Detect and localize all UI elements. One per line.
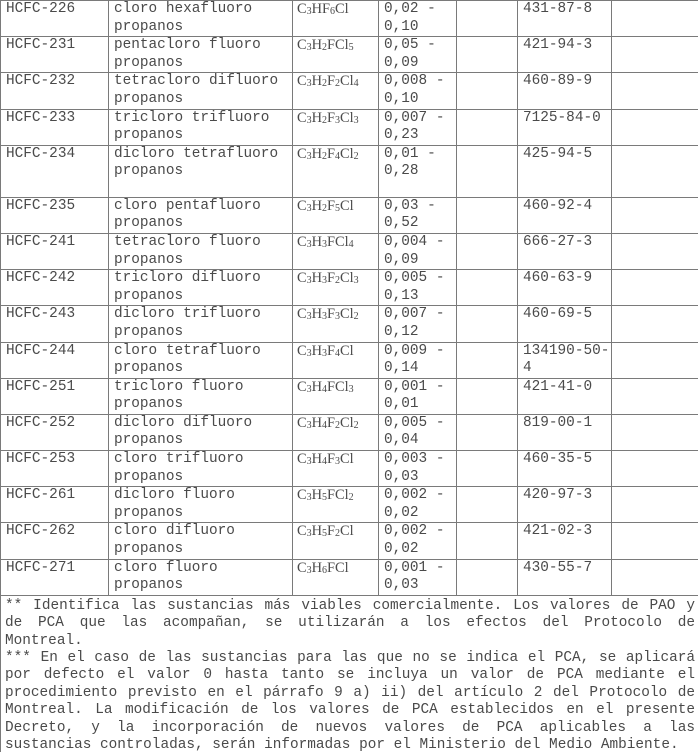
substance-name: cloro tetrafluoro propanos xyxy=(109,342,293,378)
pca-value xyxy=(457,145,518,197)
substance-name: tetracloro difluoro propanos xyxy=(109,73,293,109)
cas-number: 430-55-7 xyxy=(518,559,612,595)
chemical-formula: C3H6FCl xyxy=(293,559,379,595)
chemical-formula: C3H2F4Cl2 xyxy=(293,145,379,197)
cas-number: 666-27-3 xyxy=(518,233,612,269)
substance-name: pentacloro fluoro propanos xyxy=(109,37,293,73)
substance-code: HCFC-241 xyxy=(1,233,109,269)
extra-cell xyxy=(612,73,698,109)
substance-name: cloro trifluoro propanos xyxy=(109,451,293,487)
pao-range: 0,03 - 0,52 xyxy=(379,197,457,233)
table-row: HCFC-262cloro difluoro propanosC3H5F2Cl0… xyxy=(1,523,698,559)
pca-value xyxy=(457,306,518,342)
table-row: HCFC-251tricloro fluoro propanosC3H4FCl3… xyxy=(1,378,698,414)
cas-number: 460-92-4 xyxy=(518,197,612,233)
substance-name: cloro fluoro propanos xyxy=(109,559,293,595)
pca-value xyxy=(457,451,518,487)
pao-range: 0,02 - 0,10 xyxy=(379,1,457,37)
cas-number: 460-69-5 xyxy=(518,306,612,342)
table-row: HCFC-241tetracloro fluoro propanosC3H3FC… xyxy=(1,233,698,269)
extra-cell xyxy=(612,487,698,523)
extra-cell xyxy=(612,451,698,487)
cas-number: 460-35-5 xyxy=(518,451,612,487)
cas-number: 460-89-9 xyxy=(518,73,612,109)
table-row: HCFC-232tetracloro difluoro propanosC3H2… xyxy=(1,73,698,109)
substance-code: HCFC-261 xyxy=(1,487,109,523)
substance-code: HCFC-244 xyxy=(1,342,109,378)
table-row: HCFC-253cloro trifluoro propanosC3H4F3Cl… xyxy=(1,451,698,487)
chemical-formula: C3H4FCl3 xyxy=(293,378,379,414)
cas-number: 819-00-1 xyxy=(518,414,612,450)
substance-name: cloro hexafluoro propanos xyxy=(109,1,293,37)
pao-range: 0,002 - 0,02 xyxy=(379,523,457,559)
chemical-formula: C3H3F3Cl2 xyxy=(293,306,379,342)
chemical-formula: C3H5F2Cl xyxy=(293,523,379,559)
substance-name: tricloro fluoro propanos xyxy=(109,378,293,414)
table-row: HCFC-243dicloro trifluoro propanosC3H3F3… xyxy=(1,306,698,342)
pao-range: 0,008 - 0,10 xyxy=(379,73,457,109)
pao-range: 0,05 - 0,09 xyxy=(379,37,457,73)
chemical-formula: C3H2FCl5 xyxy=(293,37,379,73)
chemical-formula: C3H2F3Cl3 xyxy=(293,109,379,145)
chemical-formula: C3H4F3Cl xyxy=(293,451,379,487)
pao-range: 0,007 - 0,23 xyxy=(379,109,457,145)
cas-number: 421-02-3 xyxy=(518,523,612,559)
substance-code: HCFC-271 xyxy=(1,559,109,595)
extra-cell xyxy=(612,233,698,269)
pca-value xyxy=(457,487,518,523)
extra-cell xyxy=(612,109,698,145)
pca-value xyxy=(457,109,518,145)
substance-code: HCFC-233 xyxy=(1,109,109,145)
substance-code: HCFC-231 xyxy=(1,37,109,73)
pao-range: 0,001 - 0,01 xyxy=(379,378,457,414)
pca-value xyxy=(457,414,518,450)
extra-cell xyxy=(612,342,698,378)
pao-range: 0,007 - 0,12 xyxy=(379,306,457,342)
substance-code: HCFC-235 xyxy=(1,197,109,233)
substance-name: dicloro trifluoro propanos xyxy=(109,306,293,342)
cas-number: 134190-50-4 xyxy=(518,342,612,378)
substance-name: dicloro fluoro propanos xyxy=(109,487,293,523)
extra-cell xyxy=(612,145,698,197)
extra-cell xyxy=(612,378,698,414)
chemical-formula: C3H3F2Cl3 xyxy=(293,270,379,306)
chemical-formula: C3H3F4Cl xyxy=(293,342,379,378)
cas-number: 420-97-3 xyxy=(518,487,612,523)
cas-number: 421-94-3 xyxy=(518,37,612,73)
table-row: HCFC-226cloro hexafluoro propanosC3HF6Cl… xyxy=(1,1,698,37)
table-row: HCFC-234dicloro tetrafluoro propanosC3H2… xyxy=(1,145,698,197)
table-row: HCFC-261dicloro fluoro propanosC3H5FCl20… xyxy=(1,487,698,523)
substance-code: HCFC-232 xyxy=(1,73,109,109)
pca-value xyxy=(457,559,518,595)
cas-number: 7125-84-0 xyxy=(518,109,612,145)
chemical-formula: C3H2F5Cl xyxy=(293,197,379,233)
extra-cell xyxy=(612,306,698,342)
pao-range: 0,01 - 0,28 xyxy=(379,145,457,197)
pao-range: 0,002 - 0,02 xyxy=(379,487,457,523)
pca-value xyxy=(457,270,518,306)
chemical-formula: C3HF6Cl xyxy=(293,1,379,37)
extra-cell xyxy=(612,37,698,73)
extra-cell xyxy=(612,523,698,559)
pca-value xyxy=(457,342,518,378)
table-row: HCFC-252dicloro difluoro propanosC3H4F2C… xyxy=(1,414,698,450)
substance-code: HCFC-262 xyxy=(1,523,109,559)
table-row: HCFC-235cloro pentafluoro propanosC3H2F5… xyxy=(1,197,698,233)
pca-value xyxy=(457,378,518,414)
substance-code: HCFC-243 xyxy=(1,306,109,342)
chemical-formula: C3H5FCl2 xyxy=(293,487,379,523)
cas-number: 425-94-5 xyxy=(518,145,612,197)
extra-cell xyxy=(612,1,698,37)
table-row: HCFC-244cloro tetrafluoro propanosC3H3F4… xyxy=(1,342,698,378)
substance-name: dicloro tetrafluoro propanos xyxy=(109,145,293,197)
table-body: HCFC-226cloro hexafluoro propanosC3HF6Cl… xyxy=(1,1,698,596)
hcfc-substances-table: HCFC-226cloro hexafluoro propanosC3HF6Cl… xyxy=(0,0,698,752)
table-row: HCFC-231pentacloro fluoro propanosC3H2FC… xyxy=(1,37,698,73)
pca-value xyxy=(457,523,518,559)
cas-number: 431-87-8 xyxy=(518,1,612,37)
pao-range: 0,005 - 0,13 xyxy=(379,270,457,306)
footnote-pca-default: *** En el caso de las sustancias para la… xyxy=(5,650,695,752)
pao-range: 0,005 - 0,04 xyxy=(379,414,457,450)
chemical-formula: C3H4F2Cl2 xyxy=(293,414,379,450)
footnote-row: ** Identifica las sustancias más viables… xyxy=(1,595,698,752)
substance-code: HCFC-253 xyxy=(1,451,109,487)
pca-value xyxy=(457,233,518,269)
cas-number: 421-41-0 xyxy=(518,378,612,414)
pca-value xyxy=(457,37,518,73)
substance-name: tetracloro fluoro propanos xyxy=(109,233,293,269)
substance-code: HCFC-252 xyxy=(1,414,109,450)
substance-code: HCFC-251 xyxy=(1,378,109,414)
substance-name: tricloro trifluoro propanos xyxy=(109,109,293,145)
pao-range: 0,009 - 0,14 xyxy=(379,342,457,378)
extra-cell xyxy=(612,559,698,595)
pca-value xyxy=(457,73,518,109)
extra-cell xyxy=(612,197,698,233)
substance-name: cloro pentafluoro propanos xyxy=(109,197,293,233)
table-row: HCFC-233tricloro trifluoro propanosC3H2F… xyxy=(1,109,698,145)
substance-name: cloro difluoro propanos xyxy=(109,523,293,559)
cas-number: 460-63-9 xyxy=(518,270,612,306)
pao-range: 0,001 - 0,03 xyxy=(379,559,457,595)
pca-value xyxy=(457,1,518,37)
pca-value xyxy=(457,197,518,233)
substance-name: tricloro difluoro propanos xyxy=(109,270,293,306)
pao-range: 0,004 - 0,09 xyxy=(379,233,457,269)
substance-code: HCFC-234 xyxy=(1,145,109,197)
table-row: HCFC-271cloro fluoro propanosC3H6FCl0,00… xyxy=(1,559,698,595)
extra-cell xyxy=(612,270,698,306)
footnote-viable-substances: ** Identifica las sustancias más viables… xyxy=(5,598,695,650)
substance-name: dicloro difluoro propanos xyxy=(109,414,293,450)
extra-cell xyxy=(612,414,698,450)
chemical-formula: C3H2F2Cl4 xyxy=(293,73,379,109)
pao-range: 0,003 - 0,03 xyxy=(379,451,457,487)
table-row: HCFC-242tricloro difluoro propanosC3H3F2… xyxy=(1,270,698,306)
substance-code: HCFC-242 xyxy=(1,270,109,306)
substance-code: HCFC-226 xyxy=(1,1,109,37)
footnotes-cell: ** Identifica las sustancias más viables… xyxy=(1,595,698,752)
chemical-formula: C3H3FCl4 xyxy=(293,233,379,269)
